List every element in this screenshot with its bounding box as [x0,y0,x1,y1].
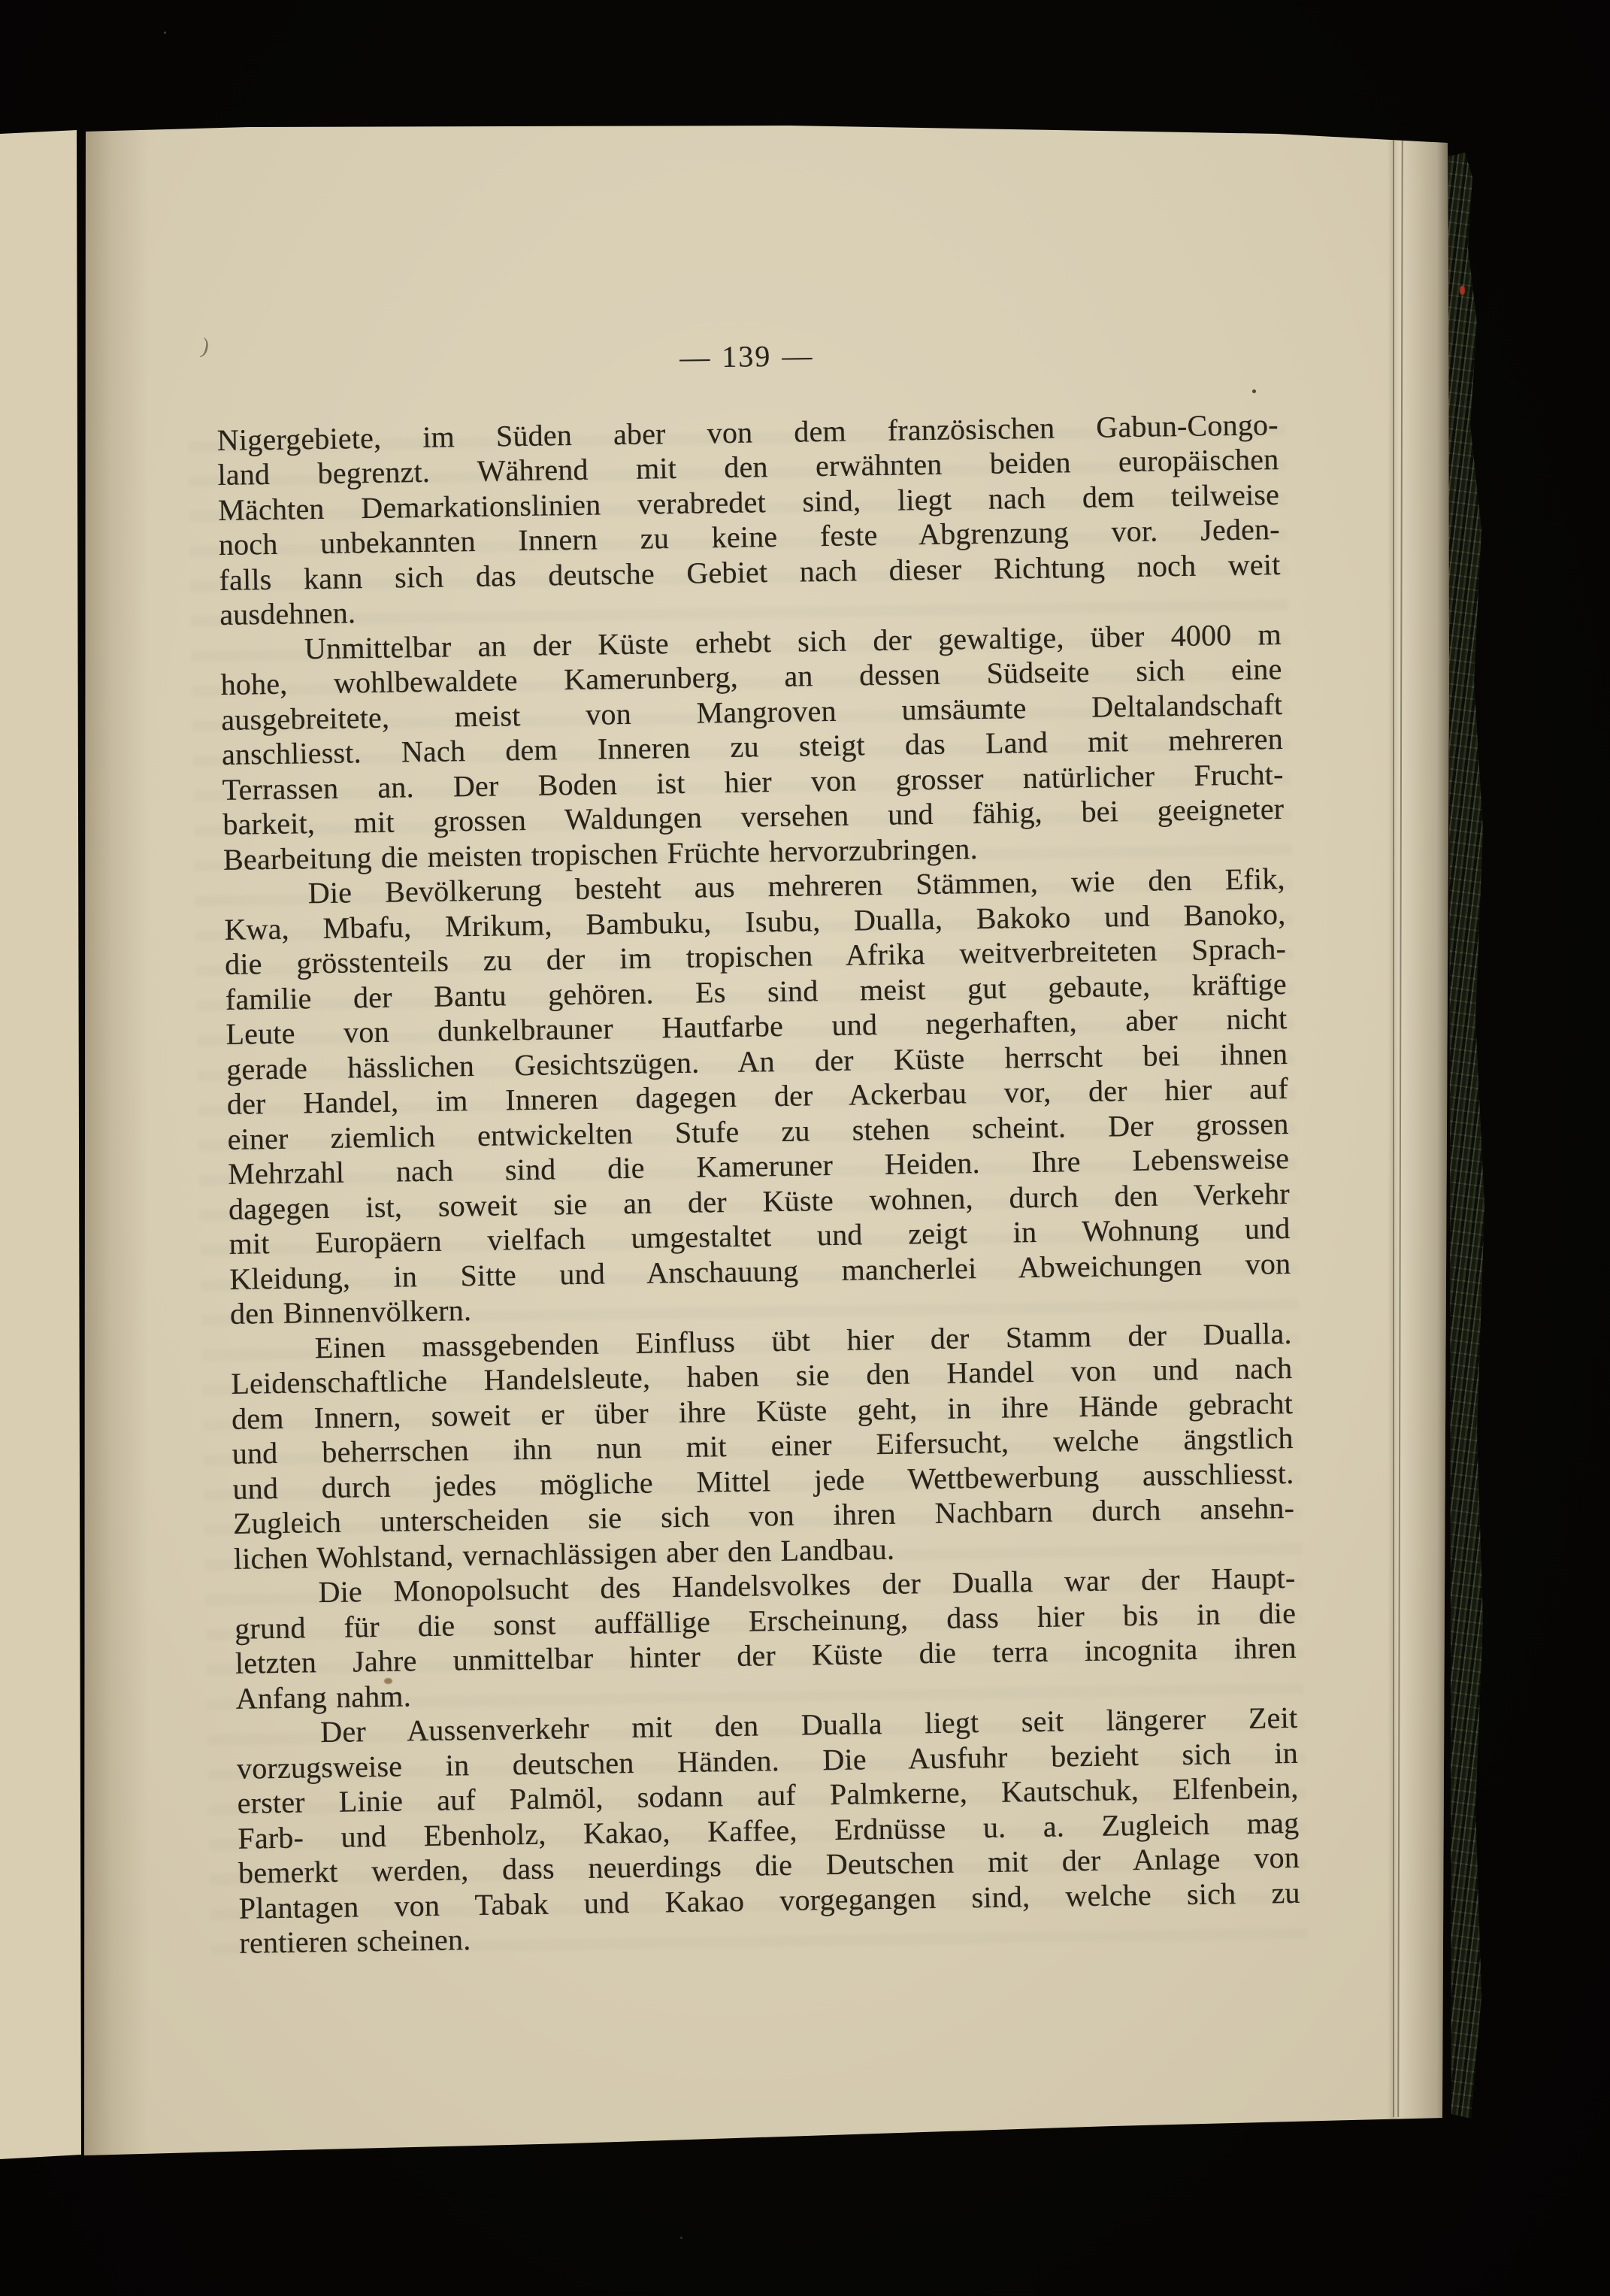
page-edge-stack [1388,129,1451,2120]
paragraph: Einen massgebenden Einfluss übt hier der… [230,1316,1295,1576]
gutter-shadow [81,126,149,2156]
book-page: — 139 — Nigergebiete, im Süden aber von … [0,0,1610,2296]
dust-speck [164,32,166,34]
paragraph: Die Monopolsucht des Handelsvolkes der D… [234,1561,1297,1716]
dust-speck [680,2237,682,2239]
text-block: Nigergebiete, im Süden aber von dem fran… [216,407,1300,1961]
paragraph: Nigergebiete, im Süden aber von dem fran… [216,407,1281,633]
paragraph: Unmittelbar an der Küste erhebt sich der… [220,617,1285,877]
page-number: — 139 — [216,332,1278,382]
ink-speck [1252,389,1256,393]
page-text: — 139 — Nigergebiete, im Süden aber von … [216,332,1301,1961]
scanned-book-photo: — 139 — Nigergebiete, im Süden aber von … [0,0,1610,2296]
paragraph: Der Aussenverkehr mit den Dualla liegt s… [236,1701,1301,1961]
stray-ink-mark: ) [199,333,212,359]
page-edge-line [1393,132,1394,2117]
red-speck [1460,286,1465,295]
paragraph: Die Bevölkerung besteht aus mehreren Stä… [223,862,1291,1331]
paper-stain [384,1678,392,1684]
dust-speck [1212,774,1214,777]
